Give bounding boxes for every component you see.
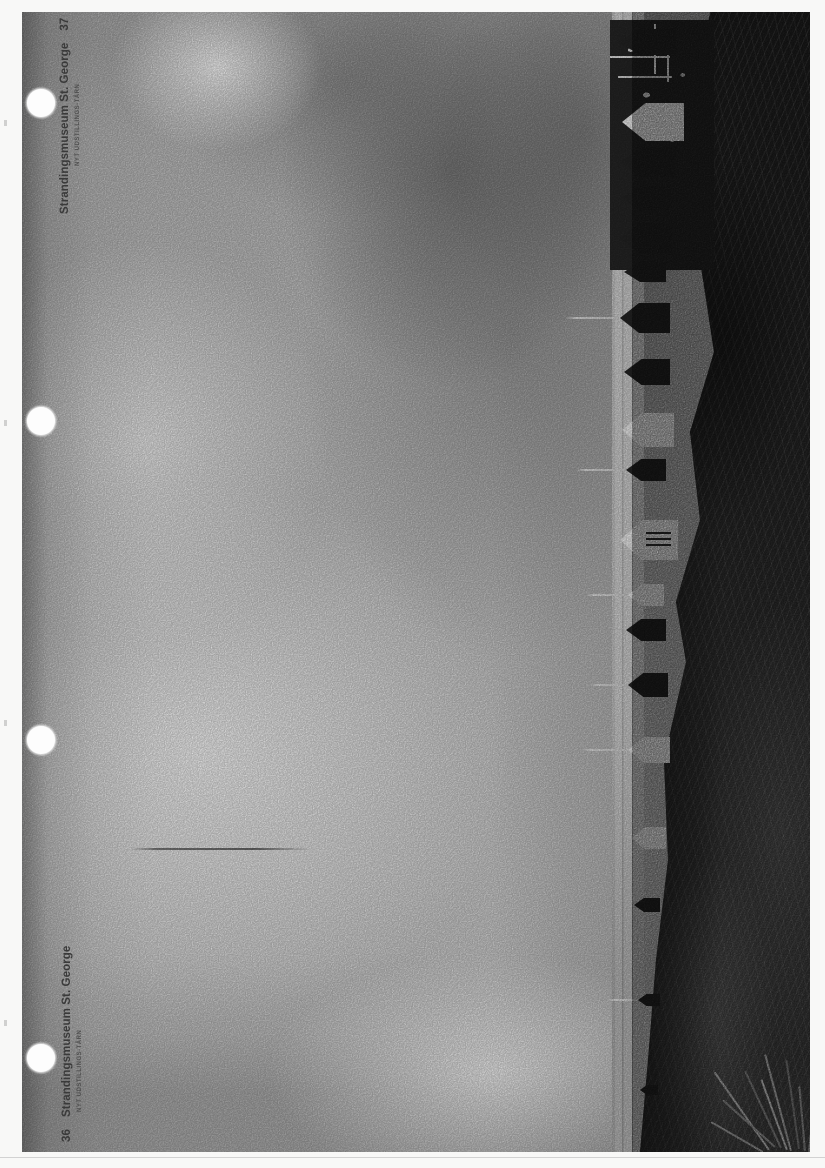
page-header-right: Strandingsmuseum St. George37 NYT UDSTIL… xyxy=(60,18,81,214)
flagpole xyxy=(608,999,638,1001)
flagpole xyxy=(590,684,628,686)
flagpole xyxy=(576,469,626,471)
flagpole xyxy=(565,317,620,319)
page-header-left-title: Strandingsmuseum St. George xyxy=(61,946,73,1117)
page-header-right-title: Strandingsmuseum St. George xyxy=(59,43,71,214)
flagpole xyxy=(582,749,628,751)
scan-page: Strandingsmuseum St. George37 NYT UDSTIL… xyxy=(0,0,825,1168)
hole-punch xyxy=(27,89,55,117)
page-bottom-edge xyxy=(0,1157,825,1158)
hole-punch xyxy=(27,1044,55,1072)
scan-edge-marks xyxy=(4,0,7,1168)
page-header-right-subtitle: NYT UDSTILLINGS-TÅRN xyxy=(75,18,81,166)
page-header-left-subtitle: NYT UDSTILLINGS-TÅRN xyxy=(77,946,83,1112)
mast xyxy=(618,76,672,78)
hole-punch xyxy=(27,407,55,435)
page-number-right: 37 xyxy=(59,18,71,31)
hole-punch xyxy=(27,726,55,754)
mast xyxy=(610,56,670,58)
flagpole xyxy=(586,594,628,596)
spread-photo xyxy=(22,12,810,1152)
page-number-left: 36 xyxy=(61,1129,73,1142)
scan-scratch xyxy=(130,848,310,850)
page-header-left: 36Strandingsmuseum St. George NYT UDSTIL… xyxy=(62,946,83,1142)
